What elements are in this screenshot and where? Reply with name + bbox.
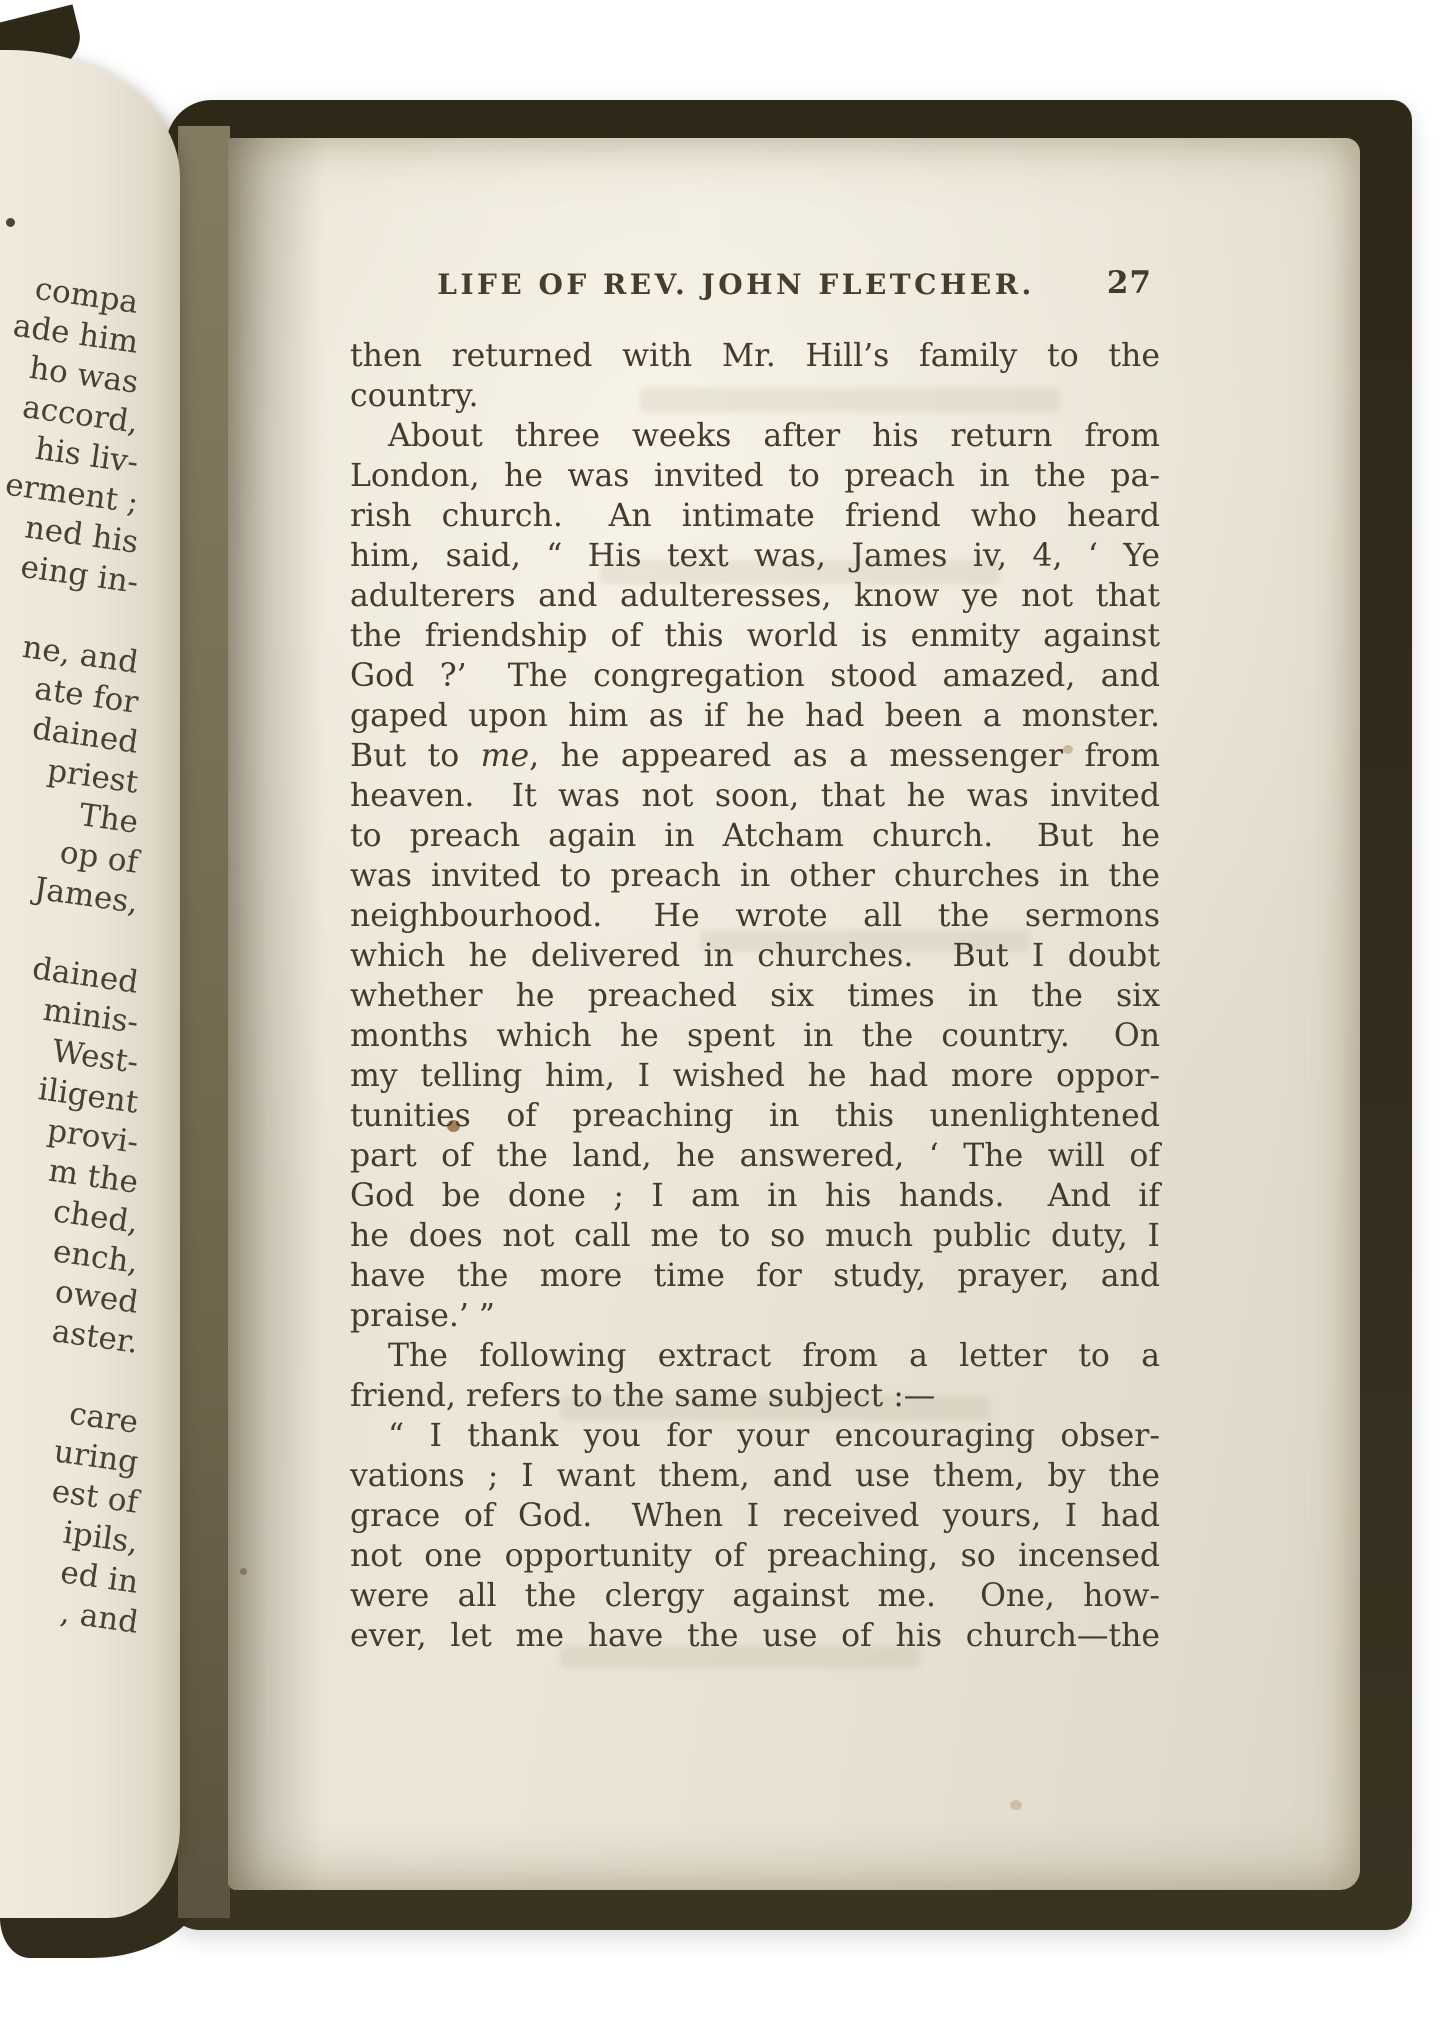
text-line: part of the land, he answered, ‘ The wil… bbox=[350, 1136, 1160, 1176]
text-line: was invited to preach in other churches … bbox=[350, 856, 1160, 896]
left-page-fragments: compaade himho wasaccord,his liv-erment … bbox=[0, 283, 138, 1643]
text-line: to preach again in Atcham church. But he bbox=[350, 816, 1160, 856]
text-line: not one opportunity of preaching, so inc… bbox=[350, 1536, 1160, 1576]
text-line: have the more time for study, prayer, an… bbox=[350, 1256, 1160, 1296]
text-line: London, he was invited to preach in the … bbox=[350, 456, 1160, 496]
text-line: months which he spent in the country. On bbox=[350, 1016, 1160, 1056]
text-line: which he delivered in churches. But I do… bbox=[350, 936, 1160, 976]
running-header-title: LIFE OF REV. JOHN FLETCHER. bbox=[350, 268, 1160, 301]
text-line: then returned with Mr. Hill’s family to … bbox=[350, 336, 1160, 376]
running-header: LIFE OF REV. JOHN FLETCHER. 27 bbox=[350, 268, 1160, 312]
text-line: “ I thank you for your encouraging obser… bbox=[350, 1416, 1160, 1456]
text-line: gaped upon him as if he had been a monst… bbox=[350, 696, 1160, 736]
text-line: rish church. An intimate friend who hear… bbox=[350, 496, 1160, 536]
text-line: were all the clergy against me. One, how… bbox=[350, 1576, 1160, 1616]
text-line: God ?’ The congregation stood amazed, an… bbox=[350, 656, 1160, 696]
text-line: God be done ; I am in his hands. And if bbox=[350, 1176, 1160, 1216]
text-line: ever, let me have the use of his church—… bbox=[350, 1616, 1160, 1656]
text-line: vations ; I want them, and use them, by … bbox=[350, 1456, 1160, 1496]
text-line: country. bbox=[350, 376, 1160, 416]
text-line: the friendship of this world is enmity a… bbox=[350, 616, 1160, 656]
text-line: my telling him, I wished he had more opp… bbox=[350, 1056, 1160, 1096]
text-line: About three weeks after his return from bbox=[350, 416, 1160, 456]
text-line: tunities of preaching in this unenlighte… bbox=[350, 1096, 1160, 1136]
ink-speck bbox=[6, 218, 15, 227]
body-text: then returned with Mr. Hill’s family to … bbox=[350, 336, 1160, 1656]
text-line: grace of God. When I received yours, I h… bbox=[350, 1496, 1160, 1536]
text-line: whether he preached six times in the six bbox=[350, 976, 1160, 1016]
gutter-shadow bbox=[228, 138, 324, 1890]
text-line: heaven. It was not soon, that he was inv… bbox=[350, 776, 1160, 816]
page-number: 27 bbox=[1107, 265, 1152, 301]
book-photo: LIFE OF REV. JOHN FLETCHER. 27 then retu… bbox=[0, 0, 1445, 2023]
fox-spot bbox=[1010, 1800, 1022, 1810]
text-line: friend, refers to the same subject :— bbox=[350, 1376, 1160, 1416]
text-line: he does not call me to so much public du… bbox=[350, 1216, 1160, 1256]
text-line: The following extract from a letter to a bbox=[350, 1336, 1160, 1376]
fox-spot bbox=[240, 1568, 247, 1575]
text-line: neighbourhood. He wrote all the sermons bbox=[350, 896, 1160, 936]
text-line: him, said, “ His text was, James iv, 4, … bbox=[350, 536, 1160, 576]
text-line: adulterers and adulteresses, know ye not… bbox=[350, 576, 1160, 616]
spine-gutter bbox=[178, 126, 230, 1918]
text-line: But to me, he appeared as a messenger fr… bbox=[350, 736, 1160, 776]
text-line: praise.’ ” bbox=[350, 1296, 1160, 1336]
